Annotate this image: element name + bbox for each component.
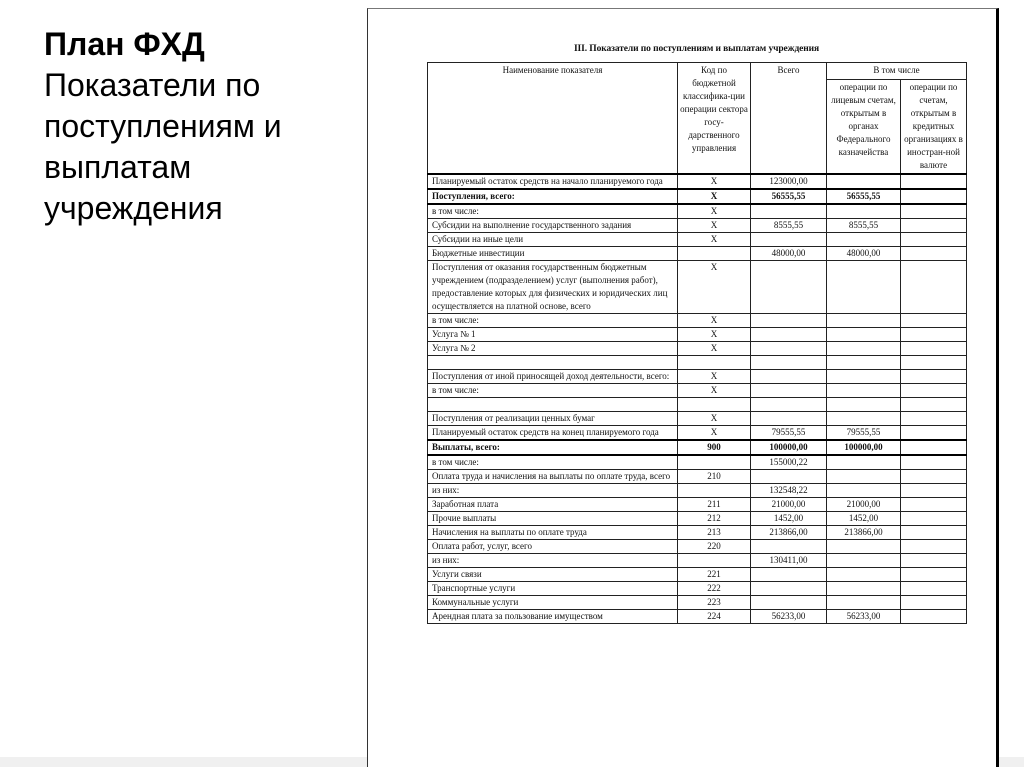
cell-foreign: [901, 356, 967, 370]
cell-total: [751, 342, 827, 356]
table-row: Планируемый остаток средств на конец пла…: [428, 426, 967, 441]
table-row: Планируемый остаток средств на начало пл…: [428, 174, 967, 189]
cell-name: Транспортные услуги: [428, 582, 678, 596]
cell-treasury: [827, 596, 901, 610]
slide-subtitle-line: Показатели по: [44, 65, 344, 106]
cell-code: 220: [678, 540, 751, 554]
cell-code: Х: [678, 342, 751, 356]
cell-treasury: 48000,00: [827, 247, 901, 261]
cell-treasury: [827, 328, 901, 342]
cell-name: из них:: [428, 484, 678, 498]
cell-name: из них:: [428, 554, 678, 568]
cell-name: Субсидии на иные цели: [428, 233, 678, 247]
table-row: Поступления, всего:Х56555,5556555,55: [428, 189, 967, 204]
cell-total: [751, 384, 827, 398]
cell-foreign: [901, 470, 967, 484]
slide-title: План ФХД Показатели по поступлениям и вы…: [44, 24, 344, 229]
cell-foreign: [901, 568, 967, 582]
cell-code: [678, 554, 751, 568]
cell-total: [751, 204, 827, 219]
cell-code: Х: [678, 189, 751, 204]
cell-foreign: [901, 247, 967, 261]
cell-treasury: [827, 370, 901, 384]
cell-total: [751, 328, 827, 342]
cell-foreign: [901, 498, 967, 512]
cell-name: в том числе:: [428, 314, 678, 328]
cell-total: 8555,55: [751, 219, 827, 233]
cell-code: [678, 356, 751, 370]
cell-treasury: [827, 204, 901, 219]
cell-foreign: [901, 174, 967, 189]
cell-code: Х: [678, 328, 751, 342]
table-row: Услуги связи221: [428, 568, 967, 582]
cell-treasury: [827, 384, 901, 398]
cell-treasury: [827, 568, 901, 582]
cell-treasury: [827, 582, 901, 596]
cell-name: Заработная плата: [428, 498, 678, 512]
table-row: [428, 398, 967, 412]
cell-name: Планируемый остаток средств на конец пла…: [428, 426, 678, 441]
cell-name: Бюджетные инвестиции: [428, 247, 678, 261]
cell-total: 123000,00: [751, 174, 827, 189]
cell-code: Х: [678, 204, 751, 219]
cell-code: Х: [678, 261, 751, 314]
table-row: Оплата труда и начисления на выплаты по …: [428, 470, 967, 484]
cell-code: Х: [678, 233, 751, 247]
cell-code: 213: [678, 526, 751, 540]
cell-code: 221: [678, 568, 751, 582]
cell-name: Поступления от реализации ценных бумаг: [428, 412, 678, 426]
cell-total: 48000,00: [751, 247, 827, 261]
cell-treasury: 56555,55: [827, 189, 901, 204]
slide-subtitle-line: выплатам: [44, 147, 344, 188]
cell-code: [678, 484, 751, 498]
cell-total: 1452,00: [751, 512, 827, 526]
cell-treasury: 100000,00: [827, 440, 901, 455]
cell-total: [751, 540, 827, 554]
cell-foreign: [901, 370, 967, 384]
cell-foreign: [901, 189, 967, 204]
cell-foreign: [901, 426, 967, 441]
cell-code: 222: [678, 582, 751, 596]
cell-name: Оплата работ, услуг, всего: [428, 540, 678, 554]
cell-treasury: 56233,00: [827, 610, 901, 624]
cell-name: Поступления от оказания государственным …: [428, 261, 678, 314]
cell-total: 79555,55: [751, 426, 827, 441]
cell-treasury: [827, 484, 901, 498]
cell-foreign: [901, 582, 967, 596]
cell-name: Поступления, всего:: [428, 189, 678, 204]
cell-treasury: [827, 398, 901, 412]
table-row: Бюджетные инвестиции48000,0048000,00: [428, 247, 967, 261]
cell-name: Поступления от иной приносящей доход дея…: [428, 370, 678, 384]
cell-total: [751, 370, 827, 384]
col-header-total: Всего: [751, 63, 827, 175]
col-header-code: Код по бюджетной классифика-ции операции…: [678, 63, 751, 175]
table-row: Заработная плата21121000,0021000,00: [428, 498, 967, 512]
cell-total: 130411,00: [751, 554, 827, 568]
cell-total: 132548,22: [751, 484, 827, 498]
cell-total: 56555,55: [751, 189, 827, 204]
cell-foreign: [901, 328, 967, 342]
table-row: Коммунальные услуги223: [428, 596, 967, 610]
cell-name: Услуга № 1: [428, 328, 678, 342]
cell-name: Коммунальные услуги: [428, 596, 678, 610]
cell-treasury: [827, 356, 901, 370]
cell-code: 224: [678, 610, 751, 624]
table-row: из них:130411,00: [428, 554, 967, 568]
cell-treasury: [827, 455, 901, 470]
cell-total: [751, 398, 827, 412]
cell-foreign: [901, 440, 967, 455]
cell-treasury: [827, 314, 901, 328]
col-header-foreign: операции по счетам, открытым в кредитных…: [901, 80, 967, 175]
cell-name: в том числе:: [428, 455, 678, 470]
cell-treasury: [827, 540, 901, 554]
cell-treasury: 1452,00: [827, 512, 901, 526]
table-row: [428, 356, 967, 370]
cell-foreign: [901, 204, 967, 219]
cell-name: Выплаты, всего:: [428, 440, 678, 455]
cell-code: Х: [678, 174, 751, 189]
table-row: из них:132548,22: [428, 484, 967, 498]
cell-name: [428, 356, 678, 370]
cell-treasury: 213866,00: [827, 526, 901, 540]
cell-name: Планируемый остаток средств на начало пл…: [428, 174, 678, 189]
cell-foreign: [901, 233, 967, 247]
cell-code: 211: [678, 498, 751, 512]
table-row: Прочие выплаты2121452,001452,00: [428, 512, 967, 526]
cell-foreign: [901, 512, 967, 526]
cell-foreign: [901, 342, 967, 356]
cell-treasury: 8555,55: [827, 219, 901, 233]
table-row: Субсидии на выполнение государственного …: [428, 219, 967, 233]
table-row: в том числе:Х: [428, 384, 967, 398]
cell-code: Х: [678, 370, 751, 384]
cell-name: Услуги связи: [428, 568, 678, 582]
table-row: Арендная плата за пользование имуществом…: [428, 610, 967, 624]
cell-total: 56233,00: [751, 610, 827, 624]
cell-treasury: [827, 412, 901, 426]
table-row: Поступления от оказания государственным …: [428, 261, 967, 314]
cell-treasury: 79555,55: [827, 426, 901, 441]
cell-foreign: [901, 261, 967, 314]
cell-code: Х: [678, 412, 751, 426]
cell-foreign: [901, 412, 967, 426]
cell-foreign: [901, 455, 967, 470]
cell-code: 223: [678, 596, 751, 610]
cell-total: [751, 261, 827, 314]
table-row: в том числе:155000,22: [428, 455, 967, 470]
slide-title-bold: План ФХД: [44, 24, 344, 65]
table-row: Поступления от реализации ценных бумагХ: [428, 412, 967, 426]
table-row: Оплата работ, услуг, всего220: [428, 540, 967, 554]
table-row: Выплаты, всего:900100000,00100000,00: [428, 440, 967, 455]
cell-treasury: [827, 261, 901, 314]
cell-code: Х: [678, 384, 751, 398]
cell-total: [751, 470, 827, 484]
cell-name: Услуга № 2: [428, 342, 678, 356]
cell-foreign: [901, 526, 967, 540]
cell-treasury: [827, 342, 901, 356]
cell-total: [751, 233, 827, 247]
cell-foreign: [901, 314, 967, 328]
cell-code: Х: [678, 426, 751, 441]
cell-total: 155000,22: [751, 455, 827, 470]
cell-total: [751, 582, 827, 596]
table-row: Услуга № 1Х: [428, 328, 967, 342]
table-row: Начисления на выплаты по оплате труда213…: [428, 526, 967, 540]
slide-subtitle-line: поступлениям и: [44, 106, 344, 147]
cell-total: [751, 356, 827, 370]
cell-name: Прочие выплаты: [428, 512, 678, 526]
cell-foreign: [901, 554, 967, 568]
cell-foreign: [901, 219, 967, 233]
cell-treasury: [827, 174, 901, 189]
cell-total: [751, 412, 827, 426]
slide-subtitle-line: учреждения: [44, 188, 344, 229]
cell-foreign: [901, 610, 967, 624]
col-header-treasury: операции по лицевым счетам, открытым в о…: [827, 80, 901, 175]
cell-treasury: 21000,00: [827, 498, 901, 512]
cell-foreign: [901, 484, 967, 498]
cell-code: [678, 455, 751, 470]
cell-code: [678, 398, 751, 412]
cell-name: Арендная плата за пользование имуществом: [428, 610, 678, 624]
cell-foreign: [901, 596, 967, 610]
cell-name: Субсидии на выполнение государственного …: [428, 219, 678, 233]
table-body: Планируемый остаток средств на начало пл…: [428, 174, 967, 624]
cell-total: 100000,00: [751, 440, 827, 455]
cell-treasury: [827, 470, 901, 484]
cell-foreign: [901, 398, 967, 412]
cell-treasury: [827, 554, 901, 568]
cell-total: [751, 596, 827, 610]
cell-name: в том числе:: [428, 384, 678, 398]
cell-foreign: [901, 540, 967, 554]
cell-treasury: [827, 233, 901, 247]
cell-code: 900: [678, 440, 751, 455]
cell-code: 210: [678, 470, 751, 484]
cell-name: [428, 398, 678, 412]
cell-foreign: [901, 384, 967, 398]
table-row: Поступления от иной приносящей доход дея…: [428, 370, 967, 384]
cell-name: Оплата труда и начисления на выплаты по …: [428, 470, 678, 484]
col-header-name: Наименование показателя: [428, 63, 678, 175]
cell-total: [751, 314, 827, 328]
table-row: в том числе:Х: [428, 204, 967, 219]
cell-total: 21000,00: [751, 498, 827, 512]
cell-name: в том числе:: [428, 204, 678, 219]
cell-total: 213866,00: [751, 526, 827, 540]
indicators-table: Наименование показателя Код по бюджетной…: [427, 62, 967, 624]
cell-code: [678, 247, 751, 261]
table-row: Транспортные услуги222: [428, 582, 967, 596]
table-row: в том числе:Х: [428, 314, 967, 328]
cell-total: [751, 568, 827, 582]
cell-name: Начисления на выплаты по оплате труда: [428, 526, 678, 540]
cell-code: Х: [678, 314, 751, 328]
table-row: Субсидии на иные целиХ: [428, 233, 967, 247]
cell-code: 212: [678, 512, 751, 526]
document-heading: III. Показатели по поступлениям и выплат…: [427, 44, 966, 54]
table-row: Услуга № 2Х: [428, 342, 967, 356]
cell-code: Х: [678, 219, 751, 233]
col-header-including: В том числе: [827, 63, 967, 80]
